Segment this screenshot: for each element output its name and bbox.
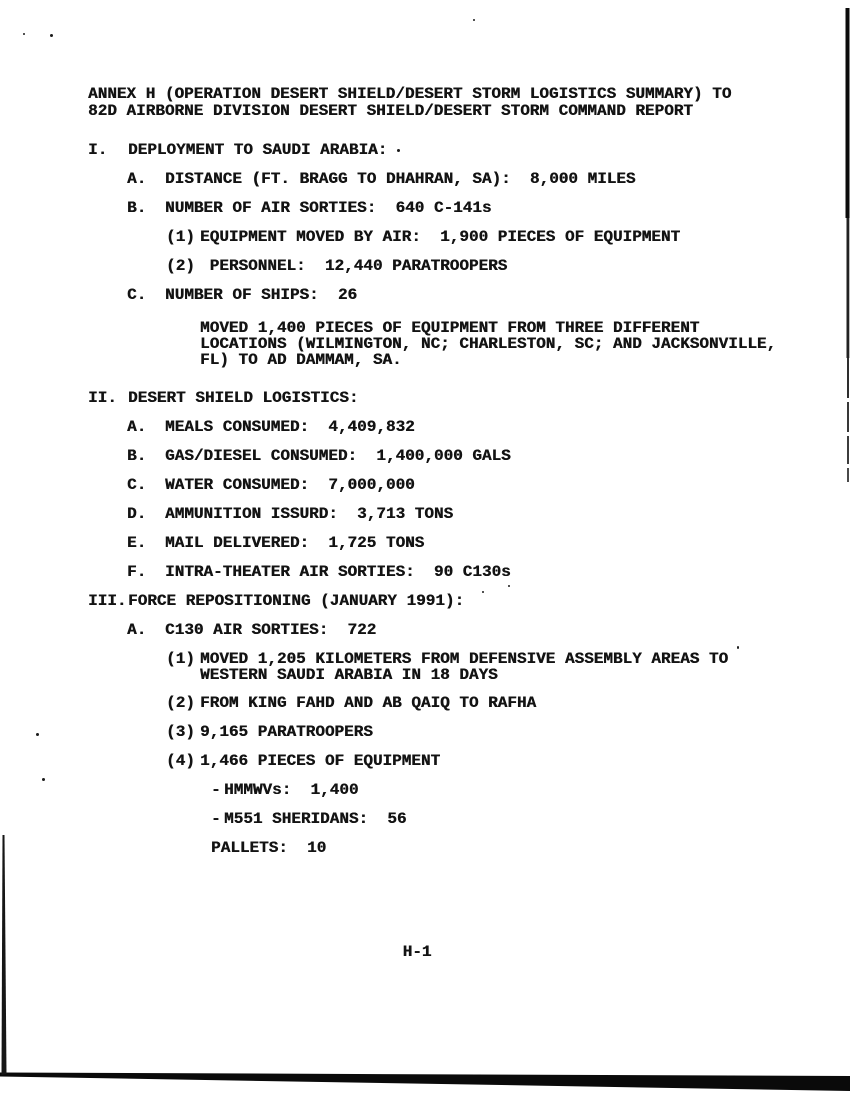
document-body: ANNEX H (OPERATION DESERT SHIELD/DESERT … (0, 0, 850, 857)
scan-speck (50, 34, 53, 37)
list-subitem: (2) FROM KING FAHD AND AB QAIQ TO RAFHA (0, 695, 850, 712)
item-text: NUMBER OF SHIPS: 26 (165, 287, 357, 304)
section-title: DESERT SHIELD LOGISTICS: (128, 390, 358, 407)
item-label: (2) (166, 258, 200, 275)
item-text: MOVED 1,205 KILOMETERS FROM DEFENSIVE AS… (200, 651, 728, 683)
item-label: (4) (166, 753, 200, 770)
item-text: AMMUNITION ISSURD: 3,713 TONS (165, 506, 453, 523)
item-text: MAIL DELIVERED: 1,725 TONS (165, 535, 424, 552)
item-text: PERSONNEL: 12,440 PARATROOPERS (200, 258, 507, 275)
section-title: FORCE REPOSITIONING (JANUARY 1991): (128, 593, 464, 610)
item-text: 1,466 PIECES OF EQUIPMENT (200, 753, 440, 770)
item-label: (1) (166, 651, 200, 667)
item-label: B. (127, 200, 165, 217)
item-text: MEALS CONSUMED: 4,409,832 (165, 419, 415, 436)
dash-subitem: - HMMWVs: 1,400 (0, 782, 850, 799)
item-text: INTRA-THEATER AIR SORTIES: 90 C130s (165, 564, 511, 581)
list-subitem: (1) MOVED 1,205 KILOMETERS FROM DEFENSIV… (0, 651, 850, 683)
item-text: HMMWVs: 1,400 (224, 782, 358, 799)
section-heading-ii: II. DESERT SHIELD LOGISTICS: (0, 390, 850, 407)
item-label: D. (127, 506, 165, 523)
item-note-paragraph: MOVED 1,400 PIECES OF EQUIPMENT FROM THR… (0, 320, 850, 368)
title-line-2: 82D AIRBORNE DIVISION DESERT SHIELD/DESE… (0, 103, 850, 120)
item-text: MOVED 1,400 PIECES OF EQUIPMENT FROM THR… (200, 320, 776, 368)
list-subitem: (4) 1,466 PIECES OF EQUIPMENT (0, 753, 850, 770)
list-subitem: (3) 9,165 PARATROOPERS (0, 724, 850, 741)
item-text: C130 AIR SORTIES: 722 (165, 622, 376, 639)
item-label: C. (127, 287, 165, 304)
item-label: (2) (166, 695, 200, 712)
scan-speck (473, 19, 475, 21)
list-subitem: PALLETS: 10 (0, 840, 850, 857)
scan-speck (508, 585, 510, 587)
section-numeral: I. (88, 142, 128, 159)
item-text: 9,165 PARATROOPERS (200, 724, 373, 741)
list-subitem: (2) PERSONNEL: 12,440 PARATROOPERS (0, 258, 850, 275)
section-title: DEPLOYMENT TO SAUDI ARABIA: (128, 142, 387, 159)
title-line-1: ANNEX H (OPERATION DESERT SHIELD/DESERT … (0, 86, 850, 103)
list-item: E. MAIL DELIVERED: 1,725 TONS (0, 535, 850, 552)
list-item: A. MEALS CONSUMED: 4,409,832 (0, 419, 850, 436)
scan-speck (397, 149, 400, 152)
item-text: NUMBER OF AIR SORTIES: 640 C-141s (165, 200, 491, 217)
section-numeral: III. (88, 593, 128, 610)
scan-speck (23, 33, 25, 35)
item-label: E. (127, 535, 165, 552)
section-heading-i: I. DEPLOYMENT TO SAUDI ARABIA: (0, 142, 850, 159)
item-text: EQUIPMENT MOVED BY AIR: 1,900 PIECES OF … (200, 229, 680, 246)
dash-bullet: - (211, 782, 224, 799)
item-text: GAS/DIESEL CONSUMED: 1,400,000 GALS (165, 448, 511, 465)
list-item: D. AMMUNITION ISSURD: 3,713 TONS (0, 506, 850, 523)
item-label: A. (127, 419, 165, 436)
item-label: F. (127, 564, 165, 581)
document-title: ANNEX H (OPERATION DESERT SHIELD/DESERT … (0, 86, 850, 120)
list-item: C. WATER CONSUMED: 7,000,000 (0, 477, 850, 494)
item-label: C. (127, 477, 165, 494)
item-text: FROM KING FAHD AND AB QAIQ TO RAFHA (200, 695, 536, 712)
scan-speck (36, 733, 39, 736)
item-text: M551 SHERIDANS: 56 (224, 811, 406, 828)
item-text: PALLETS: 10 (211, 840, 326, 857)
scan-speck (737, 646, 739, 649)
list-item: B. NUMBER OF AIR SORTIES: 640 C-141s (0, 200, 850, 217)
list-item: A. DISTANCE (FT. BRAGG TO DHAHRAN, SA): … (0, 171, 850, 188)
item-text: DISTANCE (FT. BRAGG TO DHAHRAN, SA): 8,0… (165, 171, 635, 188)
section-heading-iii: III. FORCE REPOSITIONING (JANUARY 1991): (0, 593, 850, 610)
item-label: B. (127, 448, 165, 465)
section-numeral: II. (88, 390, 128, 407)
list-item: C. NUMBER OF SHIPS: 26 (0, 287, 850, 304)
item-text: WATER CONSUMED: 7,000,000 (165, 477, 415, 494)
item-label: (3) (166, 724, 200, 741)
item-label: A. (127, 171, 165, 188)
page-number: H-1 (0, 944, 842, 961)
scan-speck (42, 778, 45, 781)
list-item: B. GAS/DIESEL CONSUMED: 1,400,000 GALS (0, 448, 850, 465)
dash-bullet: - (211, 811, 224, 828)
list-item: A. C130 AIR SORTIES: 722 (0, 622, 850, 639)
item-label: A. (127, 622, 165, 639)
scan-band-bottom (0, 1073, 850, 1092)
scan-speck (482, 591, 484, 593)
list-subitem: (1) EQUIPMENT MOVED BY AIR: 1,900 PIECES… (0, 229, 850, 246)
dash-subitem: - M551 SHERIDANS: 56 (0, 811, 850, 828)
item-label: (1) (166, 229, 200, 246)
list-item: F. INTRA-THEATER AIR SORTIES: 90 C130s (0, 564, 850, 581)
scanned-document-page: ANNEX H (OPERATION DESERT SHIELD/DESERT … (0, 0, 850, 1094)
